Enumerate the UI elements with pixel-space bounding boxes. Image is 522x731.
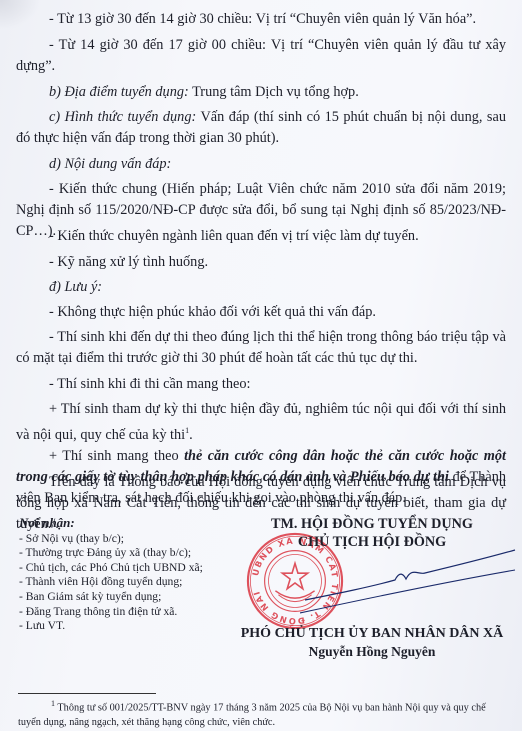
handwritten-signature-icon [300, 545, 520, 615]
recipients-title: Nơi nhận: [19, 516, 239, 531]
bring-item-1-text: + Thí sinh tham dự kỳ thi thực hiện đầy … [16, 401, 506, 443]
footnote: 1 Thông tư số 001/2025/TT-BNV ngày 17 th… [18, 696, 510, 730]
section-c-label: c) Hình thức tuyển dụng: [49, 109, 196, 125]
recipient-item: - Chủ tịch, các Phó Chủ tịch UBND xã; [19, 561, 239, 576]
schedule-line-1: - Từ 13 giờ 30 đến 14 giờ 30 chiều: Vị t… [16, 9, 506, 30]
section-b-text: Trung tâm Dịch vụ tổng hợp. [189, 84, 359, 100]
signer-name: Nguyễn Hồng Nguyên [222, 643, 522, 661]
section-d-item: - Kỹ năng xử lý tình huống. [16, 252, 506, 273]
bring-item-1-end: . [189, 427, 193, 443]
section-b-label: b) Địa điểm tuyển dụng: [49, 84, 189, 100]
section-b: b) Địa điểm tuyển dụng: Trung tâm Dịch v… [16, 82, 506, 103]
recipient-item: - Sở Nội vụ (thay b/c); [19, 532, 239, 547]
bring-item-1: + Thí sinh tham dự kỳ thi thực hiện đầy … [16, 399, 506, 446]
signature-title-2: CHỦ TỊCH HỘI ĐỒNG [222, 533, 522, 551]
recipient-item: - Đăng Trang thông tin điện tử xã. [19, 605, 239, 620]
section-d-label: d) Nội dung vấn đáp: [16, 154, 506, 175]
section-dd-item: - Thí sinh khi đi thi cần mang theo: [16, 374, 506, 395]
recipient-item: - Lưu VT. [19, 619, 239, 634]
footnote-text: Thông tư số 001/2025/TT-BNV ngày 17 thán… [18, 702, 486, 728]
section-dd-label: đ) Lưu ý: [16, 277, 506, 298]
section-d-item: - Kiến thức chuyên ngành liên quan đến v… [16, 226, 506, 247]
recipient-item: - Ban Giám sát kỳ tuyển dụng; [19, 590, 239, 605]
recipient-item: - Thành viên Hội đồng tuyển dụng; [19, 575, 239, 590]
signer-position: PHÓ CHỦ TỊCH ỦY BAN NHÂN DÂN XÃ [222, 625, 522, 643]
document-page: - Từ 13 giờ 30 đến 14 giờ 30 chiều: Vị t… [0, 0, 522, 731]
signature-title-1: TM. HỘI ĐỒNG TUYỂN DỤNG [222, 515, 522, 533]
schedule-line-2: - Từ 14 giờ 30 đến 17 giờ 00 chiều: Vị t… [16, 35, 506, 77]
recipient-item: - Thường trực Đảng ủy xã (thay b/c); [19, 546, 239, 561]
bring-item-2-pre: + Thí sinh mang theo [49, 448, 184, 464]
section-dd-item: - Thí sinh khi đến dự thi theo đúng lịch… [16, 327, 506, 369]
recipients-block: Nơi nhận: - Sở Nội vụ (thay b/c); - Thườ… [19, 516, 239, 634]
footnote-divider [18, 693, 156, 694]
section-dd-item: - Không thực hiện phúc khảo đối với kết … [16, 302, 506, 323]
section-c: c) Hình thức tuyển dụng: Vấn đáp (thí si… [16, 107, 506, 149]
